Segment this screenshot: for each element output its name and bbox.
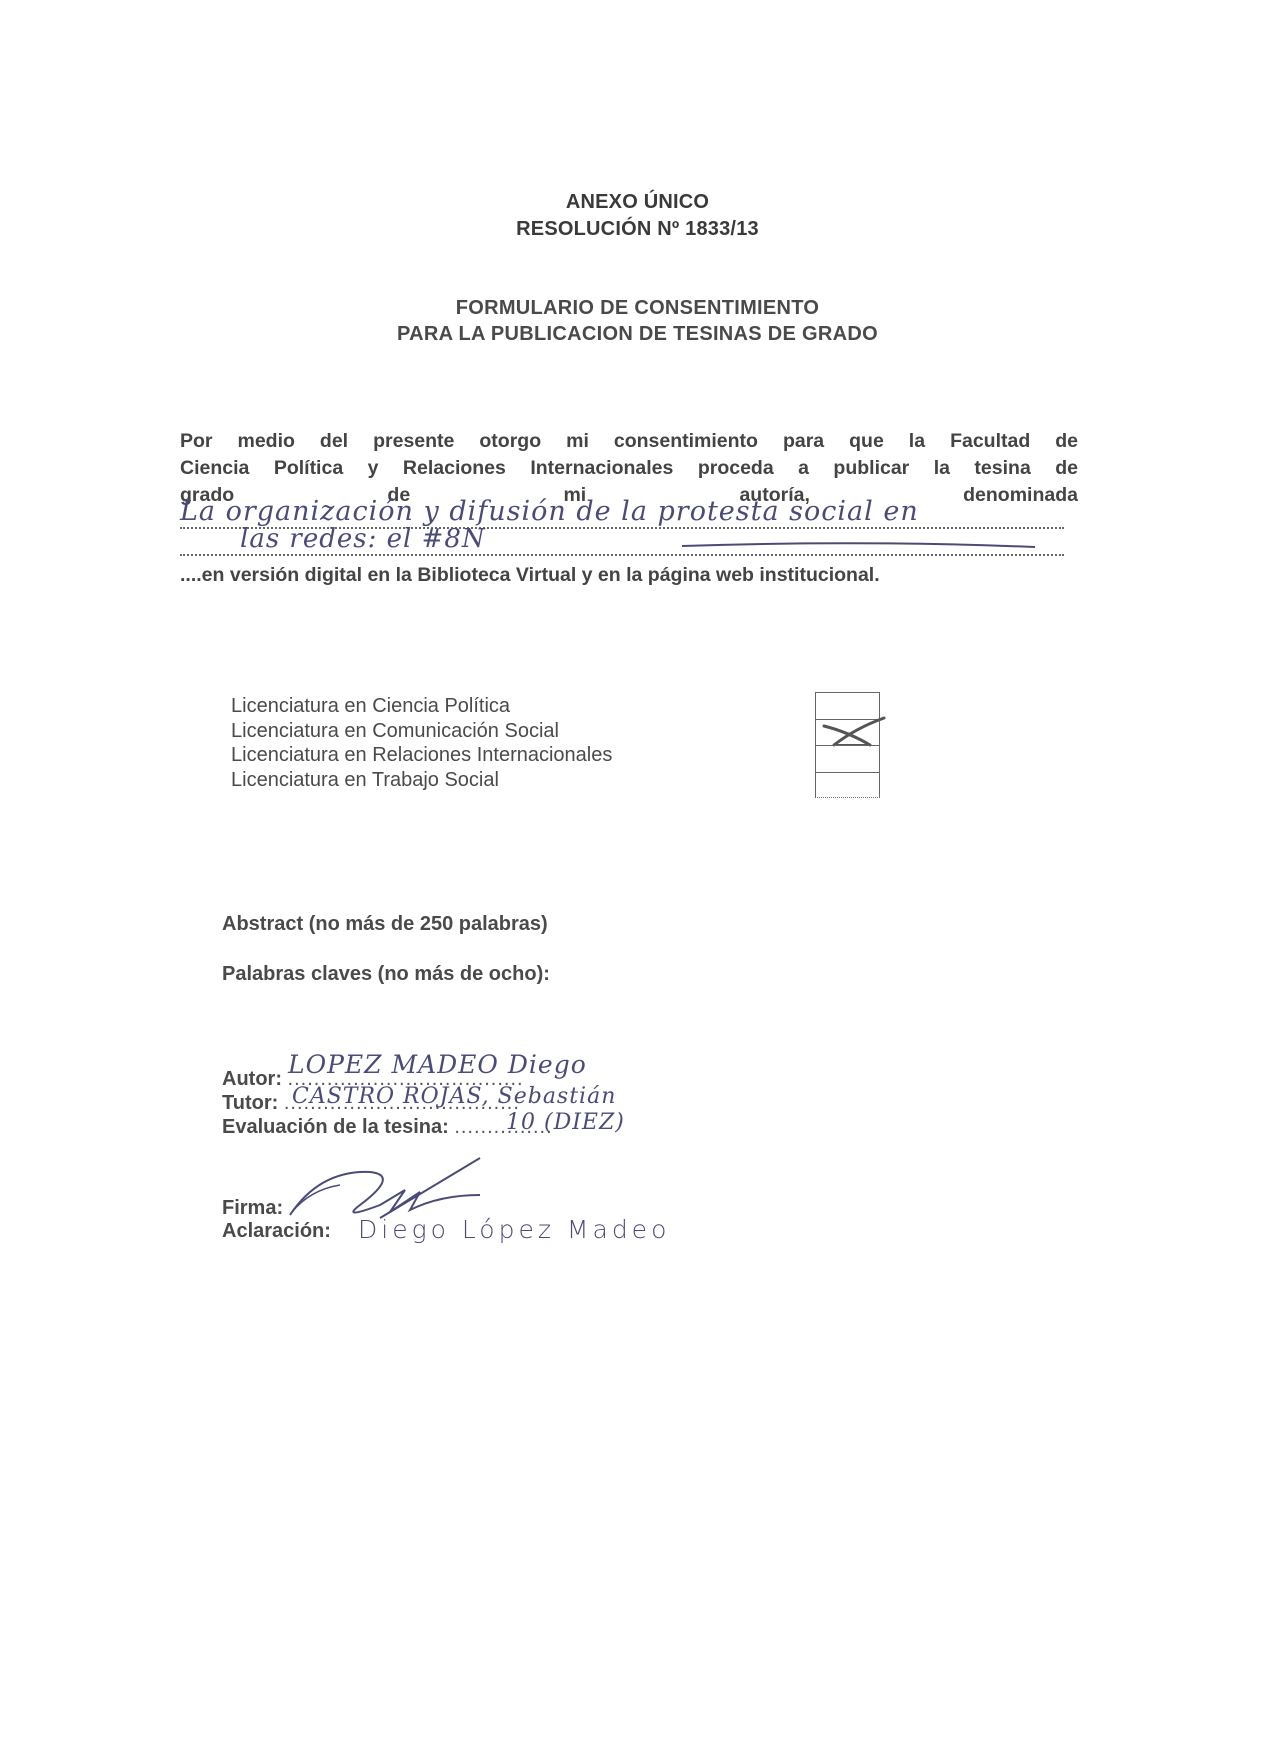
career-ciencia-politica: Licenciatura en Ciencia Política <box>231 694 612 719</box>
checkbox-trabajo-social[interactable] <box>815 772 880 799</box>
evaluacion-label: Evaluación de la tesina: <box>222 1116 449 1138</box>
checkbox-relaciones-internacionales[interactable] <box>815 745 880 772</box>
consent-line-2: Ciencia Política y Relaciones Internacio… <box>180 455 1078 482</box>
career-checkbox-column <box>815 692 880 798</box>
autor-label: Autor: <box>222 1068 282 1090</box>
handwritten-strike-line <box>680 540 1040 552</box>
career-trabajo-social: Licenciatura en Trabajo Social <box>231 768 612 793</box>
thesis-title-handwritten-1: La organización y difusión de la protest… <box>180 496 919 527</box>
annex-title: ANEXO ÚNICO <box>0 189 1275 216</box>
thesis-title-handwritten-2: las redes: el #8N <box>240 524 486 554</box>
consent-line-last: ....en versión digital en la Biblioteca … <box>180 562 1078 589</box>
tutor-handwritten-value: CASTRO ROJAS, Sebastián <box>292 1084 616 1109</box>
evaluacion-field: Evaluación de la tesina: ............... <box>222 1116 553 1140</box>
keywords-label: Palabras claves (no más de ocho): <box>222 963 550 986</box>
aclaracion-label: Aclaración: <box>222 1220 331 1244</box>
checkbox-comunicacion-social[interactable] <box>815 719 880 746</box>
handwritten-x-mark-icon <box>818 712 888 748</box>
consent-line-1: Por medio del presente otorgo mi consent… <box>180 428 1078 455</box>
form-title: FORMULARIO DE CONSENTIMIENTO <box>0 295 1275 322</box>
career-comunicacion-social: Licenciatura en Comunicación Social <box>231 719 612 744</box>
aclaracion-handwritten-value: Diego López Madeo <box>358 1215 670 1244</box>
tutor-label: Tutor: <box>222 1092 278 1114</box>
autor-handwritten-value: LOPEZ MADEO Diego <box>288 1050 587 1079</box>
careers-list: Licenciatura en Ciencia Política Licenci… <box>231 694 612 792</box>
form-subtitle: PARA LA PUBLICACION DE TESINAS DE GRADO <box>0 321 1275 348</box>
abstract-label: Abstract (no más de 250 palabras) <box>222 913 548 936</box>
resolution-number: RESOLUCIÓN Nº 1833/13 <box>0 216 1275 243</box>
evaluacion-handwritten-value: 10 (DIEZ) <box>506 1110 625 1135</box>
firma-label: Firma: <box>222 1197 283 1221</box>
career-relaciones-internacionales: Licenciatura en Relaciones Internacional… <box>231 743 612 768</box>
